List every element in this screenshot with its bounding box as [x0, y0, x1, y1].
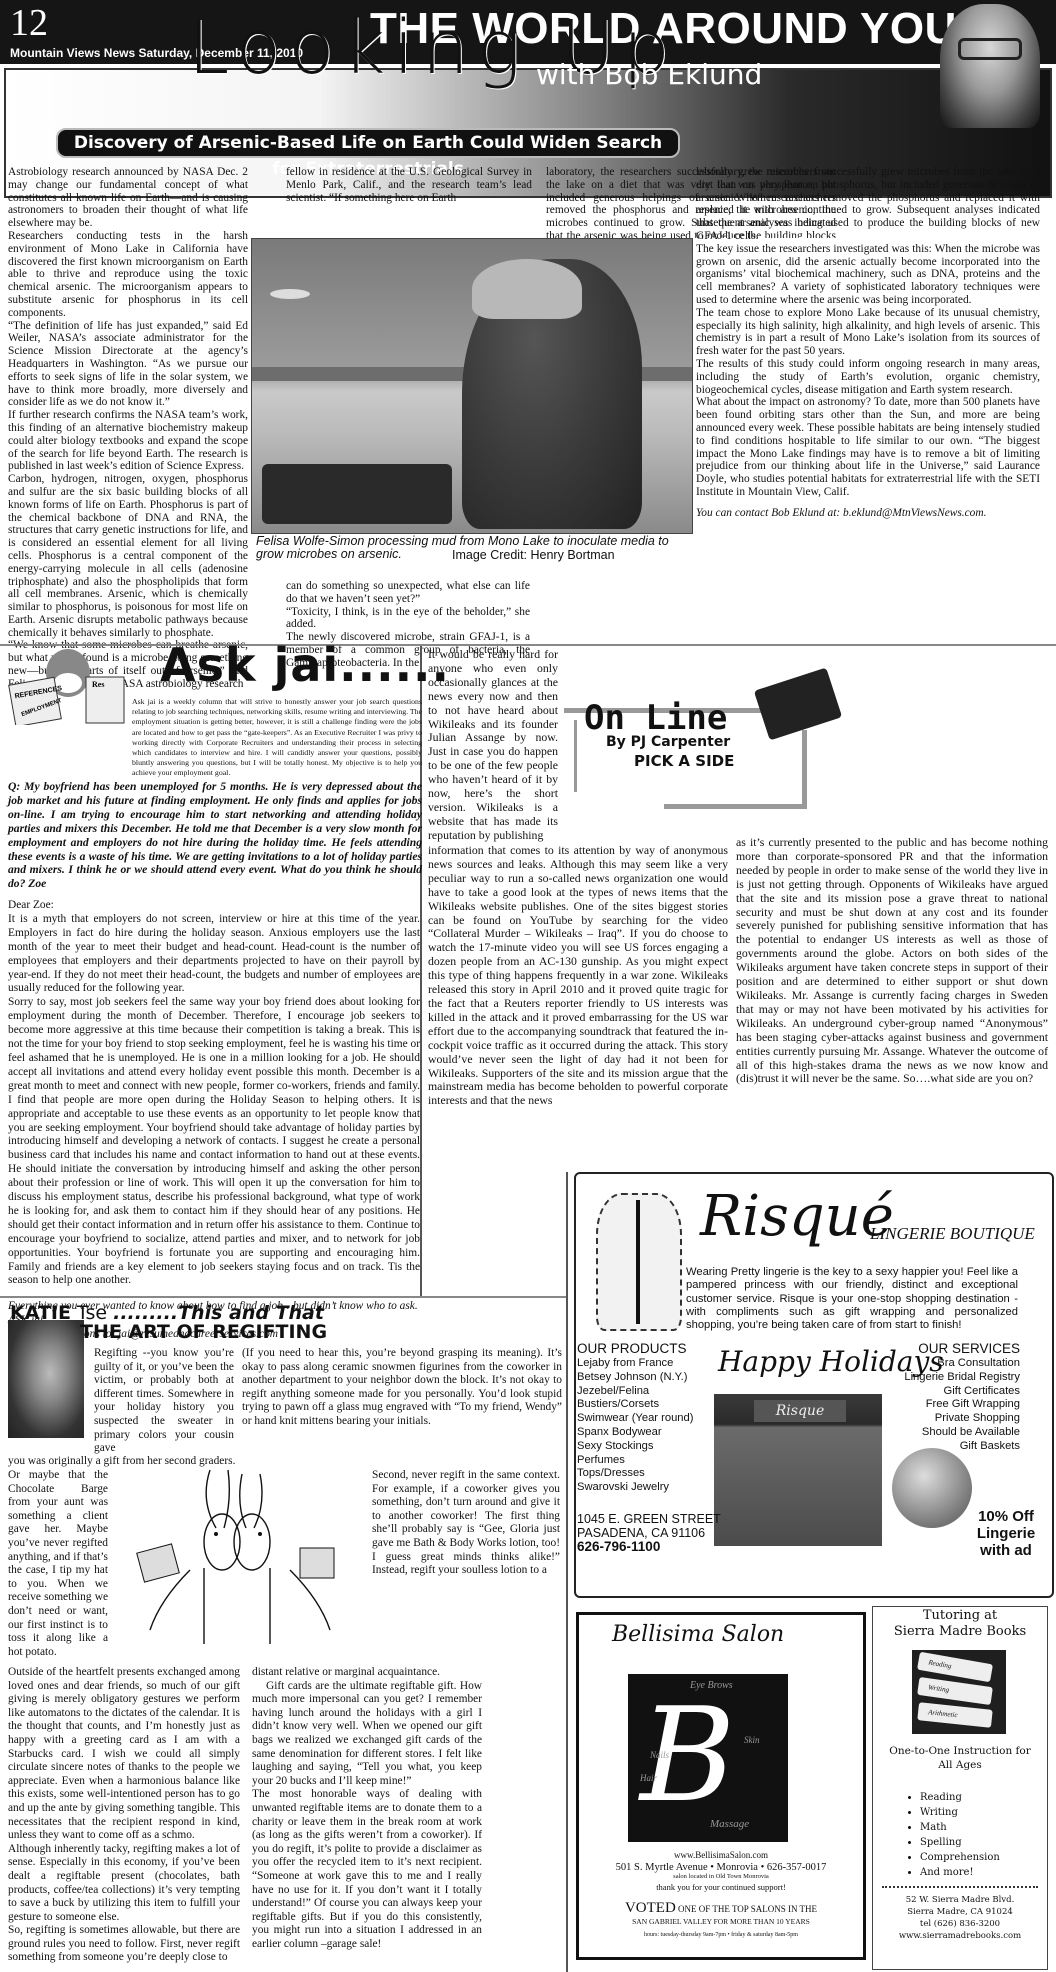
address-line: PASADENA, CA 91106 — [577, 1526, 721, 1540]
service-item: Gift Certificates — [880, 1385, 1020, 1399]
discount-offer: 10% Off Lingerie with ad — [966, 1508, 1046, 1559]
product-item: Swimwear (Year round) — [577, 1412, 693, 1426]
service-item: Lingerie Bridal Registry — [880, 1371, 1020, 1385]
services-heading: OUR SERVICES — [880, 1341, 1020, 1357]
hat — [472, 259, 582, 319]
paragraph: The team chose to explore Mono Lake beca… — [696, 307, 1040, 358]
article-col-2-top: fellow in residence at the U.S. Geologic… — [286, 166, 532, 204]
online-col-narrow: It would be really hard for anyone who e… — [428, 648, 558, 843]
service-label: Massage — [710, 1818, 749, 1830]
paragraph: laboratory, the researchers successfully… — [696, 166, 1040, 243]
paragraph: Sorry to say, most job seekers feel the … — [8, 996, 420, 1288]
service-item: Free Gift Wrapping — [880, 1398, 1020, 1412]
paragraph: distant relative or marginal acquaintanc… — [252, 1666, 482, 1680]
paragraph: Researchers conducting tests in the hars… — [8, 230, 248, 320]
ask-jai-intro: Ask jai is a weekly column that will str… — [132, 697, 422, 779]
smb-address-line: 52 W. Sierra Madre Blvd. — [872, 1894, 1048, 1906]
katie-right-wrap: Second, never regift in the same context… — [372, 1469, 560, 1578]
product-item: Sexy Stockings — [577, 1440, 693, 1454]
contact-line: You can contact Bob Eklund at: b.eklund@… — [696, 507, 1040, 520]
page-number: 12 — [10, 2, 48, 44]
katie-left-col: Outside of the heartfelt presents exchan… — [8, 1666, 240, 1965]
dotted-divider — [882, 1886, 1038, 1888]
online-subhead: PICK A SIDE — [634, 752, 734, 770]
salon-address: 501 S. Myrtle Avenue • Monrovia • 626-35… — [580, 1862, 862, 1873]
katie-intro: Regifting --you know you’re guilty of it… — [94, 1347, 234, 1456]
service-label: Eye Brows — [690, 1680, 733, 1691]
online-title: On Line — [584, 698, 727, 738]
smb-title-line: Tutoring at — [872, 1608, 1048, 1624]
katie-right-col: distant relative or marginal acquaintanc… — [252, 1666, 482, 1951]
phone-number: 626-796-1100 — [577, 1540, 721, 1554]
smb-title-line: Sierra Madre Books — [872, 1624, 1048, 1640]
product-item: Tops/Dresses — [577, 1467, 693, 1481]
subjects-list: Reading Writing Math Spelling Comprehens… — [920, 1790, 1000, 1880]
divider — [566, 1172, 568, 1972]
reader-question: Q: My boyfriend has been unemployed for … — [8, 780, 422, 891]
voted-text: VOTED — [625, 1900, 676, 1916]
risque-description: Wearing Pretty lingerie is the key to a … — [686, 1266, 1018, 1332]
paragraph: The most honorable ways of dealing with … — [252, 1788, 482, 1951]
books-stack-image: Reading Writing Arithmetic — [912, 1650, 1006, 1734]
ask-jai-cartoon: REFERENCES EMPLOYMENT Res — [8, 647, 128, 725]
smb-title: Tutoring at Sierra Madre Books — [872, 1608, 1048, 1640]
bellisima-details: www.BellisimaSalon.com 501 S. Myrtle Ave… — [580, 1850, 862, 1938]
product-item: Lejaby from France — [577, 1357, 693, 1371]
subject-item: Spelling — [920, 1835, 1000, 1850]
katie-headline: THE ART OF REGIFTING — [80, 1321, 327, 1343]
discount-line: 10% Off — [966, 1508, 1046, 1525]
paragraph: Carbon, hydrogen, nitrogen, oxygen, phos… — [8, 473, 248, 639]
smb-phone: tel (626) 836-3200 — [872, 1918, 1048, 1930]
subject-item: Math — [920, 1820, 1000, 1835]
katie-photo — [8, 1320, 84, 1438]
corset-lace — [636, 1200, 640, 1324]
article-headline: Discovery of Arsenic-Based Life on Earth… — [56, 128, 680, 158]
product-item: Spanx Bodywear — [577, 1426, 693, 1440]
paragraph: can do something so unexpected, what els… — [286, 580, 530, 606]
salutation: Dear Zoe: — [8, 899, 420, 913]
shop-sign: Risque — [754, 1400, 846, 1422]
subject-item: And more! — [920, 1865, 1000, 1880]
paragraph: The results of this study could inform o… — [696, 358, 1040, 396]
service-item: Bra Consultation — [880, 1357, 1020, 1371]
risque-address: 1045 E. GREEN STREET PASADENA, CA 91106 … — [577, 1512, 721, 1554]
discount-line: Lingerie — [966, 1525, 1046, 1542]
online-col-2: as it’s currently presented to the publi… — [736, 836, 1048, 1086]
salon-thanks: thank you for your continued support! — [580, 1882, 862, 1892]
paragraph: The key issue the researchers investigat… — [696, 243, 1040, 307]
photo-credit: Image Credit: Henry Bortman — [452, 548, 615, 562]
paragraph: Although inherently tacky, regifting mak… — [8, 1843, 240, 1925]
smb-address-line: Sierra Madre, CA 91024 — [872, 1906, 1048, 1918]
product-item: Betsey Johnson (N.Y.) — [577, 1371, 693, 1385]
smb-website[interactable]: www.sierramadrebooks.com — [872, 1930, 1048, 1942]
ask-jai-title: Ask jai...... — [160, 640, 450, 690]
products-list: OUR PRODUCTS Lejaby from France Betsey J… — [577, 1341, 693, 1495]
service-label: Nails — [650, 1750, 669, 1760]
smb-tagline: One-to-One Instruction for All Ages — [872, 1744, 1048, 1772]
paragraph: Gift cards are the ultimate regiftable g… — [252, 1680, 482, 1789]
katie-left-wrap: Or maybe that the Chocolate Barge from y… — [8, 1469, 108, 1659]
article-col-3: laboratory, the researchers successfully… — [696, 192, 1040, 520]
paragraph: Astrobiology research announced by NASA … — [8, 166, 248, 230]
paragraph: “Toxicity, I think, is in the eye of the… — [286, 606, 530, 632]
smb-contact: 52 W. Sierra Madre Blvd. Sierra Madre, C… — [872, 1894, 1048, 1942]
products-heading: OUR PRODUCTS — [577, 1341, 693, 1357]
product-item: Perfumes — [577, 1454, 693, 1468]
banner-subtitle: with Bob Eklund — [536, 58, 762, 91]
bunnies-illustration — [100, 1460, 362, 1644]
glasses-icon — [958, 38, 1022, 60]
service-item: Should be Available — [880, 1426, 1020, 1440]
service-label: Hair — [640, 1773, 657, 1783]
smb-tagline-line: One-to-One Instruction for — [872, 1744, 1048, 1758]
smb-tagline-line: All Ages — [872, 1758, 1048, 1772]
salon-hours: hours: tuesday-thursday 9am-7pm • friday… — [580, 1932, 862, 1938]
ornament-icon — [892, 1448, 972, 1528]
svg-text:Res: Res — [92, 680, 104, 689]
paragraph: If further research confirms the NASA te… — [8, 409, 248, 473]
paragraph: So, regifting is sometimes allowable, bu… — [8, 1924, 240, 1965]
product-item: Jezebel/Felina — [577, 1385, 693, 1399]
book-spine: Arithmetic — [917, 1702, 992, 1728]
paragraph: It is a myth that employers do not scree… — [8, 913, 420, 996]
discount-line: with ad — [966, 1542, 1046, 1559]
risque-logo: Risqué — [700, 1184, 894, 1249]
ask-jai-answer: Dear Zoe: It is a myth that employers do… — [8, 899, 420, 1342]
service-item: Private Shopping — [880, 1412, 1020, 1426]
online-col-1: information that comes to its attention … — [428, 844, 728, 1108]
subject-item: Writing — [920, 1805, 1000, 1820]
salon-location-note: salon located in Old Town Monrovia — [580, 1873, 862, 1880]
paragraph: “The definition of life has just expande… — [8, 320, 248, 410]
article-photo — [251, 238, 693, 534]
services-list: OUR SERVICES Bra Consultation Lingerie B… — [880, 1341, 1020, 1454]
product-item: Bustiers/Corsets — [577, 1398, 693, 1412]
online-byline: By PJ Carpenter — [606, 734, 730, 750]
product-item: Swarovski Jewelry — [577, 1481, 693, 1495]
service-label: Skin — [744, 1735, 760, 1745]
paragraph: Outside of the heartfelt presents exchan… — [8, 1666, 240, 1843]
salon-website[interactable]: www.BellisimaSalon.com — [580, 1850, 862, 1860]
author-photo — [940, 4, 1040, 128]
book-spine: Writing — [917, 1677, 993, 1705]
divider — [0, 644, 1056, 646]
bellisima-logo: Bellisima Salon — [612, 1622, 784, 1647]
paragraph: What about the impact on astronomy? To d… — [696, 396, 1040, 498]
risque-tagline: LINGERIE BOUTIQUE — [870, 1224, 1035, 1244]
katie-right-top: (If you need to hear this, you’re beyond… — [242, 1347, 562, 1429]
laptop-icon — [754, 668, 842, 741]
voted-rest: ONE OF THE TOP SALONS IN THE — [678, 1904, 817, 1914]
cloud — [270, 289, 310, 299]
article-col-1: Astrobiology research announced by NASA … — [8, 166, 248, 691]
voted-line-2: SAN GABRIEL VALLEY FOR MORE THAN 10 YEAR… — [580, 1917, 862, 1926]
subject-item: Comprehension — [920, 1850, 1000, 1865]
mud-blocks — [262, 464, 452, 524]
address-line: 1045 E. GREEN STREET — [577, 1512, 721, 1526]
subject-item: Reading — [920, 1790, 1000, 1805]
